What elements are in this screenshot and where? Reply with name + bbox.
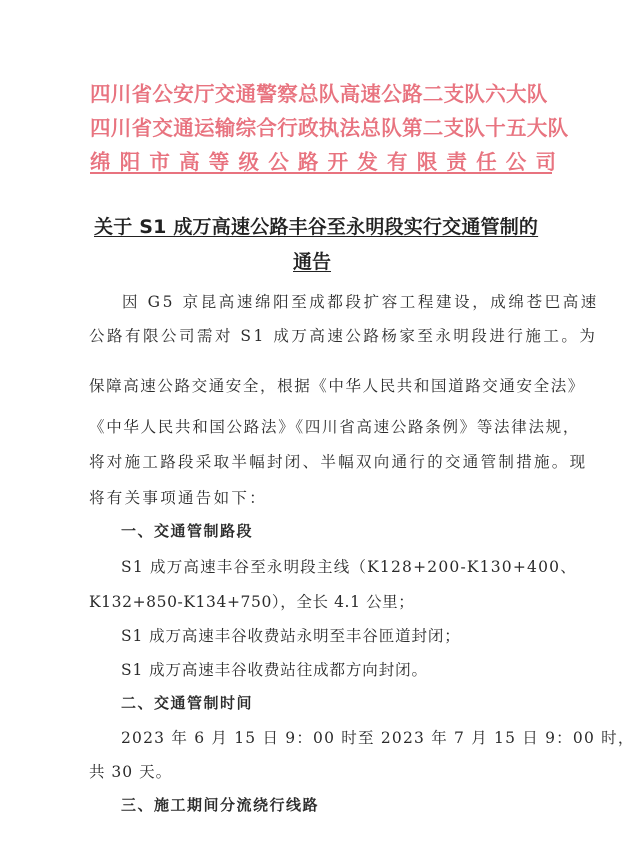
issuer-header-2: 四川省交通运输综合行政执法总队第二支队十五大队	[90, 111, 552, 141]
section-1-heading: 一、交通管制路段	[121, 520, 253, 541]
section-1-line-1: S1 成万高速丰谷至永明段主线（K128+200-K130+400、	[121, 555, 577, 577]
section-2-line-2: 共 30 天。	[89, 760, 172, 782]
intro-line-5: 将对施工路段采取半幅封闭、半幅双向通行的交通管制措施。现	[89, 450, 587, 472]
section-1-line-2: K132+850-K134+750），全长 4.1 公里；	[89, 590, 414, 612]
section-2-heading: 二、交通管制时间	[121, 692, 253, 713]
notice-title-line1: 关于 S1 成万高速公路丰谷至永明段实行交通管制的	[94, 212, 538, 239]
notice-title-line2: 通告	[293, 247, 331, 274]
intro-line-4: 《中华人民共和国公路法》《四川省高速公路条例》等法律法规，	[89, 415, 580, 437]
section-2-line-1: 2023 年 6 月 15 日 9：00 时至 2023 年 7 月 15 日 …	[121, 726, 635, 748]
header-red-rule	[90, 172, 552, 174]
document-page: 四川省公安厅交通警察总队高速公路二支队六大队 四川省交通运输综合行政执法总队第二…	[0, 0, 642, 864]
section-1-line-3: S1 成万高速丰谷收费站永明至丰谷匝道封闭；	[121, 624, 461, 646]
intro-line-2: 公路有限公司需对 S1 成万高速公路杨家至永明段进行施工。为	[89, 324, 597, 346]
issuer-header-1: 四川省公安厅交通警察总队高速公路二支队六大队	[90, 77, 552, 107]
section-3-heading: 三、施工期间分流绕行线路	[121, 794, 319, 815]
intro-line-6: 将有关事项通告如下：	[89, 486, 267, 508]
section-1-line-4: S1 成万高速丰谷收费站往成都方向封闭。	[121, 658, 428, 680]
intro-line-3: 保障高速公路交通安全，根据《中华人民共和国道路交通安全法》	[89, 374, 585, 396]
intro-line-1: 因 G5 京昆高速绵阳至成都段扩容工程建设，成绵苍巴高速	[122, 290, 599, 312]
issuer-header-3: 绵阳市高等级公路开发有限责任公司	[90, 145, 552, 175]
